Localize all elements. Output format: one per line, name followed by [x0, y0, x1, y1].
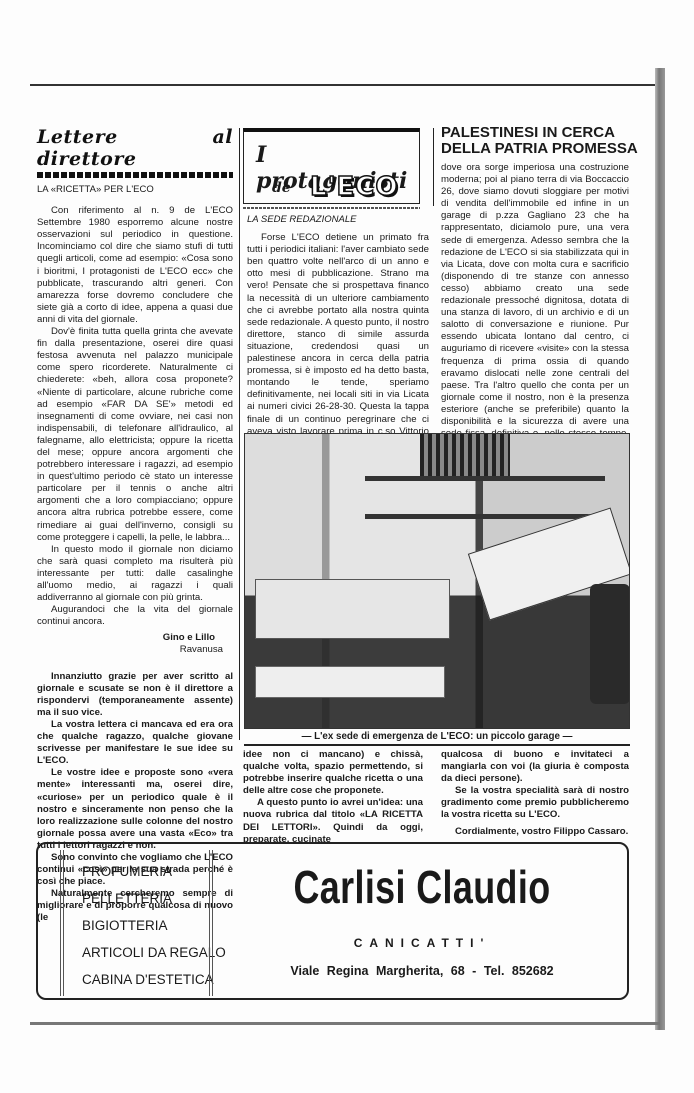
letter-paragraph: Con riferimento al n. 9 de L'ECO Settemb… — [37, 205, 233, 326]
reply-continued-right: qualcosa di buono e invitateci a mangiar… — [441, 749, 629, 838]
reply-paragraph: A questo punto io avrei un'idea: una nuo… — [243, 797, 423, 845]
ad-address: Viale Regina Margherita, 68 - Tel. 85268… — [232, 964, 612, 978]
top-rule — [30, 84, 660, 86]
reply-paragraph: idee non ci mancano) e chissà, qualche v… — [243, 749, 423, 797]
reply-paragraph: La vostra lettera ci mancava ed era ora … — [37, 719, 233, 767]
photo-shelf — [365, 476, 605, 481]
palestinesi-paragraph: dove ora sorge imperiosa una costruzione… — [441, 162, 629, 452]
reply-paragraph: Le vostre idee e proposte sono «vera men… — [37, 767, 233, 852]
ad-product-item: PROFUMERIA — [82, 858, 226, 885]
photo-caption: — L'ex sede di emergenza de L'ECO: un pi… — [244, 731, 630, 742]
reply-continued-mid: idee non ci mancano) e chissà, qualche v… — [243, 749, 423, 846]
letter-paragraph: In questo modo il giornale non diciamo c… — [37, 544, 233, 604]
ad-double-rule — [60, 850, 64, 996]
ad-city: CANICATTI' — [232, 936, 612, 950]
ad-product-item: CABINA D'ESTETICA — [82, 966, 226, 993]
palestinesi-column: dove ora sorge imperiosa una costruzione… — [441, 162, 629, 452]
ad-product-item: ARTICOLI DA REGALO — [82, 939, 226, 966]
letters-column: Lettere al direttore LA «RICETTA» PER L'… — [37, 126, 233, 925]
palestinesi-title: PALESTINESI IN CERCA DELLA PATRIA PROMES… — [441, 125, 641, 157]
section-title: Lettere al direttore — [37, 126, 233, 170]
logo-de: de — [272, 180, 291, 196]
letter-subtitle: LA «RICETTA» PER L'ECO — [37, 184, 233, 196]
photo-table — [255, 666, 445, 698]
letter-paragraph: Dov'è finita tutta quella grinta che ave… — [37, 326, 233, 544]
logo-eco: L'ECO — [310, 172, 398, 202]
sede-subhead: LA SEDE REDAZIONALE — [247, 214, 429, 226]
protagonisti-logo: I protagonisti de L'ECO — [243, 128, 420, 204]
reply-paragraph: qualcosa di buono e invitateci a mangiar… — [441, 749, 629, 785]
reply-paragraph: Innanziutto grazie per aver scritto al g… — [37, 671, 233, 719]
ad-product-list: PROFUMERIA PELLETTERIA BIGIOTTERIA ARTIC… — [82, 858, 226, 993]
ad-double-rule — [209, 850, 213, 996]
logo-underline — [243, 207, 420, 209]
photo-shelf — [365, 514, 605, 519]
column-divider — [239, 128, 240, 740]
bottom-rule — [30, 1022, 660, 1025]
advertisement-box: PROFUMERIA PELLETTERIA BIGIOTTERIA ARTIC… — [36, 842, 629, 1000]
ad-business-name: Carlisi Claudio — [274, 860, 570, 914]
sede-paragraph: Forse L'ECO detiene un primato fra tutti… — [247, 232, 429, 462]
column-divider — [433, 128, 434, 206]
ad-product-item: PELLETTERIA — [82, 885, 226, 912]
letter-signature: Gino e Lillo — [37, 632, 233, 644]
garage-photo — [244, 433, 630, 729]
sede-column: LA SEDE REDAZIONALE Forse L'ECO detiene … — [247, 214, 429, 462]
photo-chair — [590, 584, 630, 704]
letter-paragraph: Augurandoci che la vita del giornale con… — [37, 604, 233, 628]
reply-paragraph: Cordialmente, vostro Filippo Cassaro. — [441, 826, 629, 838]
page-edge-shadow — [655, 68, 665, 1030]
title-dashed-rule — [37, 172, 233, 178]
letter-signature-place: Ravanusa — [37, 644, 233, 656]
photo-desk — [255, 579, 450, 639]
ad-product-item: BIGIOTTERIA — [82, 912, 226, 939]
caption-rule — [244, 744, 630, 746]
reply-paragraph: Se la vostra specialità sarà di nostro g… — [441, 785, 629, 821]
photo-blinds — [420, 434, 510, 476]
